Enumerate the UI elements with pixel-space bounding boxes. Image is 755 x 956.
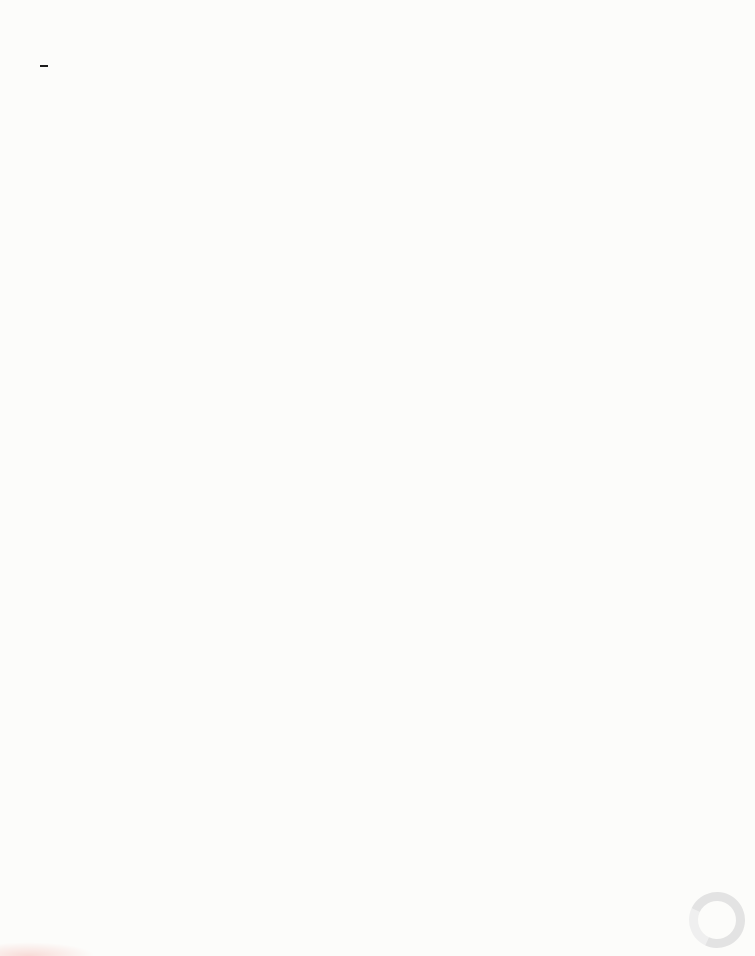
- key-signature: [30, 62, 755, 70]
- piece-title: [0, 18, 755, 46]
- time-numerator: [40, 62, 48, 67]
- corner-stain: [0, 942, 95, 956]
- time-signature: [40, 62, 48, 70]
- scanned-score-page: [0, 0, 755, 956]
- watermark: [689, 892, 749, 948]
- watermark-logo-icon: [681, 884, 753, 956]
